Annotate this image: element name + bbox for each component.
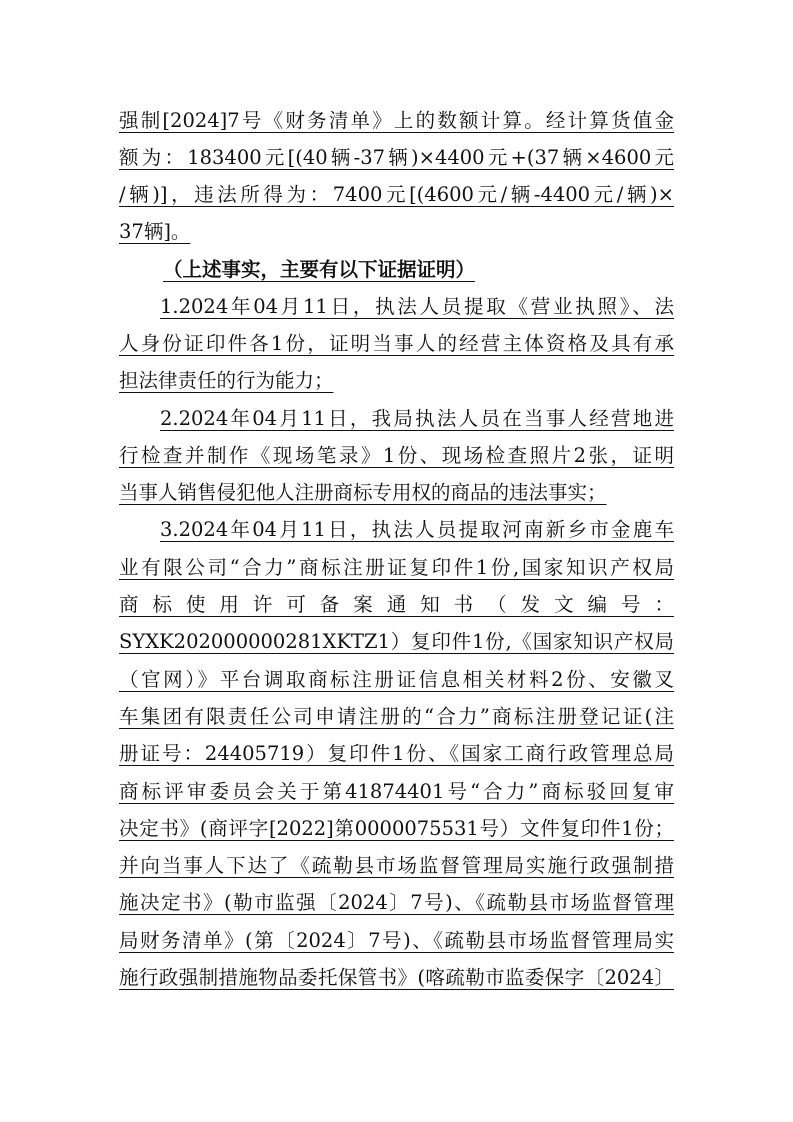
text-line: 施行政强制措施物品委托保管书》(喀疏勒市监委保字〔2024〕 xyxy=(119,964,674,992)
text-line: （官网）》平台调取商标注册证信息相关材料2份、安徽叉 xyxy=(119,666,674,694)
line-text: 人身份证印件各1份，证明当事人的经营主体资格及具有承 xyxy=(119,332,674,355)
line-text: SYXK202000000281XKTZ1）复印件1份,《国家知识产权局 xyxy=(119,630,674,653)
text-line: 商标使用许可备案通知书（发文编号： xyxy=(119,591,674,619)
line-text: 1.2024年04月11日，执法人员提取《营业执照》、法 xyxy=(160,295,674,318)
line-text: 施决定书》(勒市监强〔2024〕7号)、《疏勒县市场监督管理 xyxy=(119,891,674,914)
line-text: /辆)]，违法所得为：7400元[(4600元/辆-4400元/辆)× xyxy=(119,183,674,206)
line-text: 业有限公司“合力”商标注册证复印件1份,国家知识产权局 xyxy=(119,556,674,579)
text-line: 强制[2024]7号《财务清单》上的数额计算。经计算货值金 xyxy=(119,107,674,135)
line-text: 施行政强制措施物品委托保管书》(喀疏勒市监委保字〔2024〕 xyxy=(119,966,674,989)
line-text: 决定书》(商评字[2022]第0000075531号）文件复印件1份； xyxy=(119,817,674,840)
evidence-item-1: 1.2024年04月11日，执法人员提取《营业执照》、法 xyxy=(160,293,674,321)
evidence-item-3: 3.2024年04月11日，执法人员提取河南新乡市金鹿车 xyxy=(160,516,674,544)
text-line: 当事人销售侵犯他人注册商标专用权的商品的违法事实； xyxy=(119,479,674,507)
line-text: 行检查并制作《现场笔录》1份、现场检查照片2张，证明 xyxy=(119,444,674,467)
line-text: 强制[2024]7号《财务清单》上的数额计算。经计算货值金 xyxy=(119,109,674,132)
line-text: 担法律责任的行为能力； xyxy=(119,369,334,392)
text-line: 局财务清单》(第〔2024〕7号)、《疏勒县市场监督管理局实 xyxy=(119,927,674,955)
text-line: 商标评审委员会关于第41874401号“合力”商标驳回复审 xyxy=(119,778,674,806)
text-line: 册证号：24405719）复印件1份、《国家工商行政管理总局 xyxy=(119,740,674,768)
evidence-item-2: 2.2024年04月11日，我局执法人员在当事人经营地进 xyxy=(160,405,674,433)
text-line: 人身份证印件各1份，证明当事人的经营主体资格及具有承 xyxy=(119,330,674,358)
line-text: 商标评审委员会关于第41874401号“合力”商标驳回复审 xyxy=(119,780,674,803)
line-text: 局财务清单》(第〔2024〕7号)、《疏勒县市场监督管理局实 xyxy=(119,929,674,952)
line-text: 车集团有限责任公司申请注册的“合力”商标注册登记证(注 xyxy=(119,705,674,728)
text-line: 额为：183400元[(40辆-37辆)×4400元+(37辆×4600元 xyxy=(119,144,674,172)
line-text: 当事人销售侵犯他人注册商标专用权的商品的违法事实； xyxy=(119,481,607,504)
line-text: 册证号：24405719）复印件1份、《国家工商行政管理总局 xyxy=(119,742,674,765)
text-line: 并向当事人下达了《疏勒县市场监督管理局实施行政强制措 xyxy=(119,852,674,880)
line-text: 2.2024年04月11日，我局执法人员在当事人经营地进 xyxy=(160,407,674,430)
text-line: /辆)]，违法所得为：7400元[(4600元/辆-4400元/辆)× xyxy=(119,181,674,209)
text-line: 车集团有限责任公司申请注册的“合力”商标注册登记证(注 xyxy=(119,703,674,731)
evidence-heading: （上述事实，主要有以下证据证明） xyxy=(163,256,503,284)
text-line: 担法律责任的行为能力； xyxy=(119,367,484,395)
line-text: 额为：183400元[(40辆-37辆)×4400元+(37辆×4600元 xyxy=(119,146,674,169)
text-line: 业有限公司“合力”商标注册证复印件1份,国家知识产权局 xyxy=(119,554,674,582)
line-text: 并向当事人下达了《疏勒县市场监督管理局实施行政强制措 xyxy=(119,854,674,877)
line-text: （官网）》平台调取商标注册证信息相关材料2份、安徽叉 xyxy=(119,668,674,691)
line-text: 3.2024年04月11日，执法人员提取河南新乡市金鹿车 xyxy=(160,518,674,541)
line-text: 商标使用许可备案通知书（发文编号： xyxy=(119,593,674,616)
text-line: 37辆]。 xyxy=(119,218,264,246)
text-line: 施决定书》(勒市监强〔2024〕7号)、《疏勒县市场监督管理 xyxy=(119,889,674,917)
text-line: 行检查并制作《现场笔录》1份、现场检查照片2张，证明 xyxy=(119,442,674,470)
line-text: 37辆]。 xyxy=(119,220,190,243)
document-page: 强制[2024]7号《财务清单》上的数额计算。经计算货值金 额为：183400元… xyxy=(0,0,793,1122)
text-line: 决定书》(商评字[2022]第0000075531号）文件复印件1份； xyxy=(119,815,674,843)
text-line: SYXK202000000281XKTZ1）复印件1份,《国家知识产权局 xyxy=(119,628,674,656)
heading-text: （上述事实，主要有以下证据证明） xyxy=(163,258,475,281)
